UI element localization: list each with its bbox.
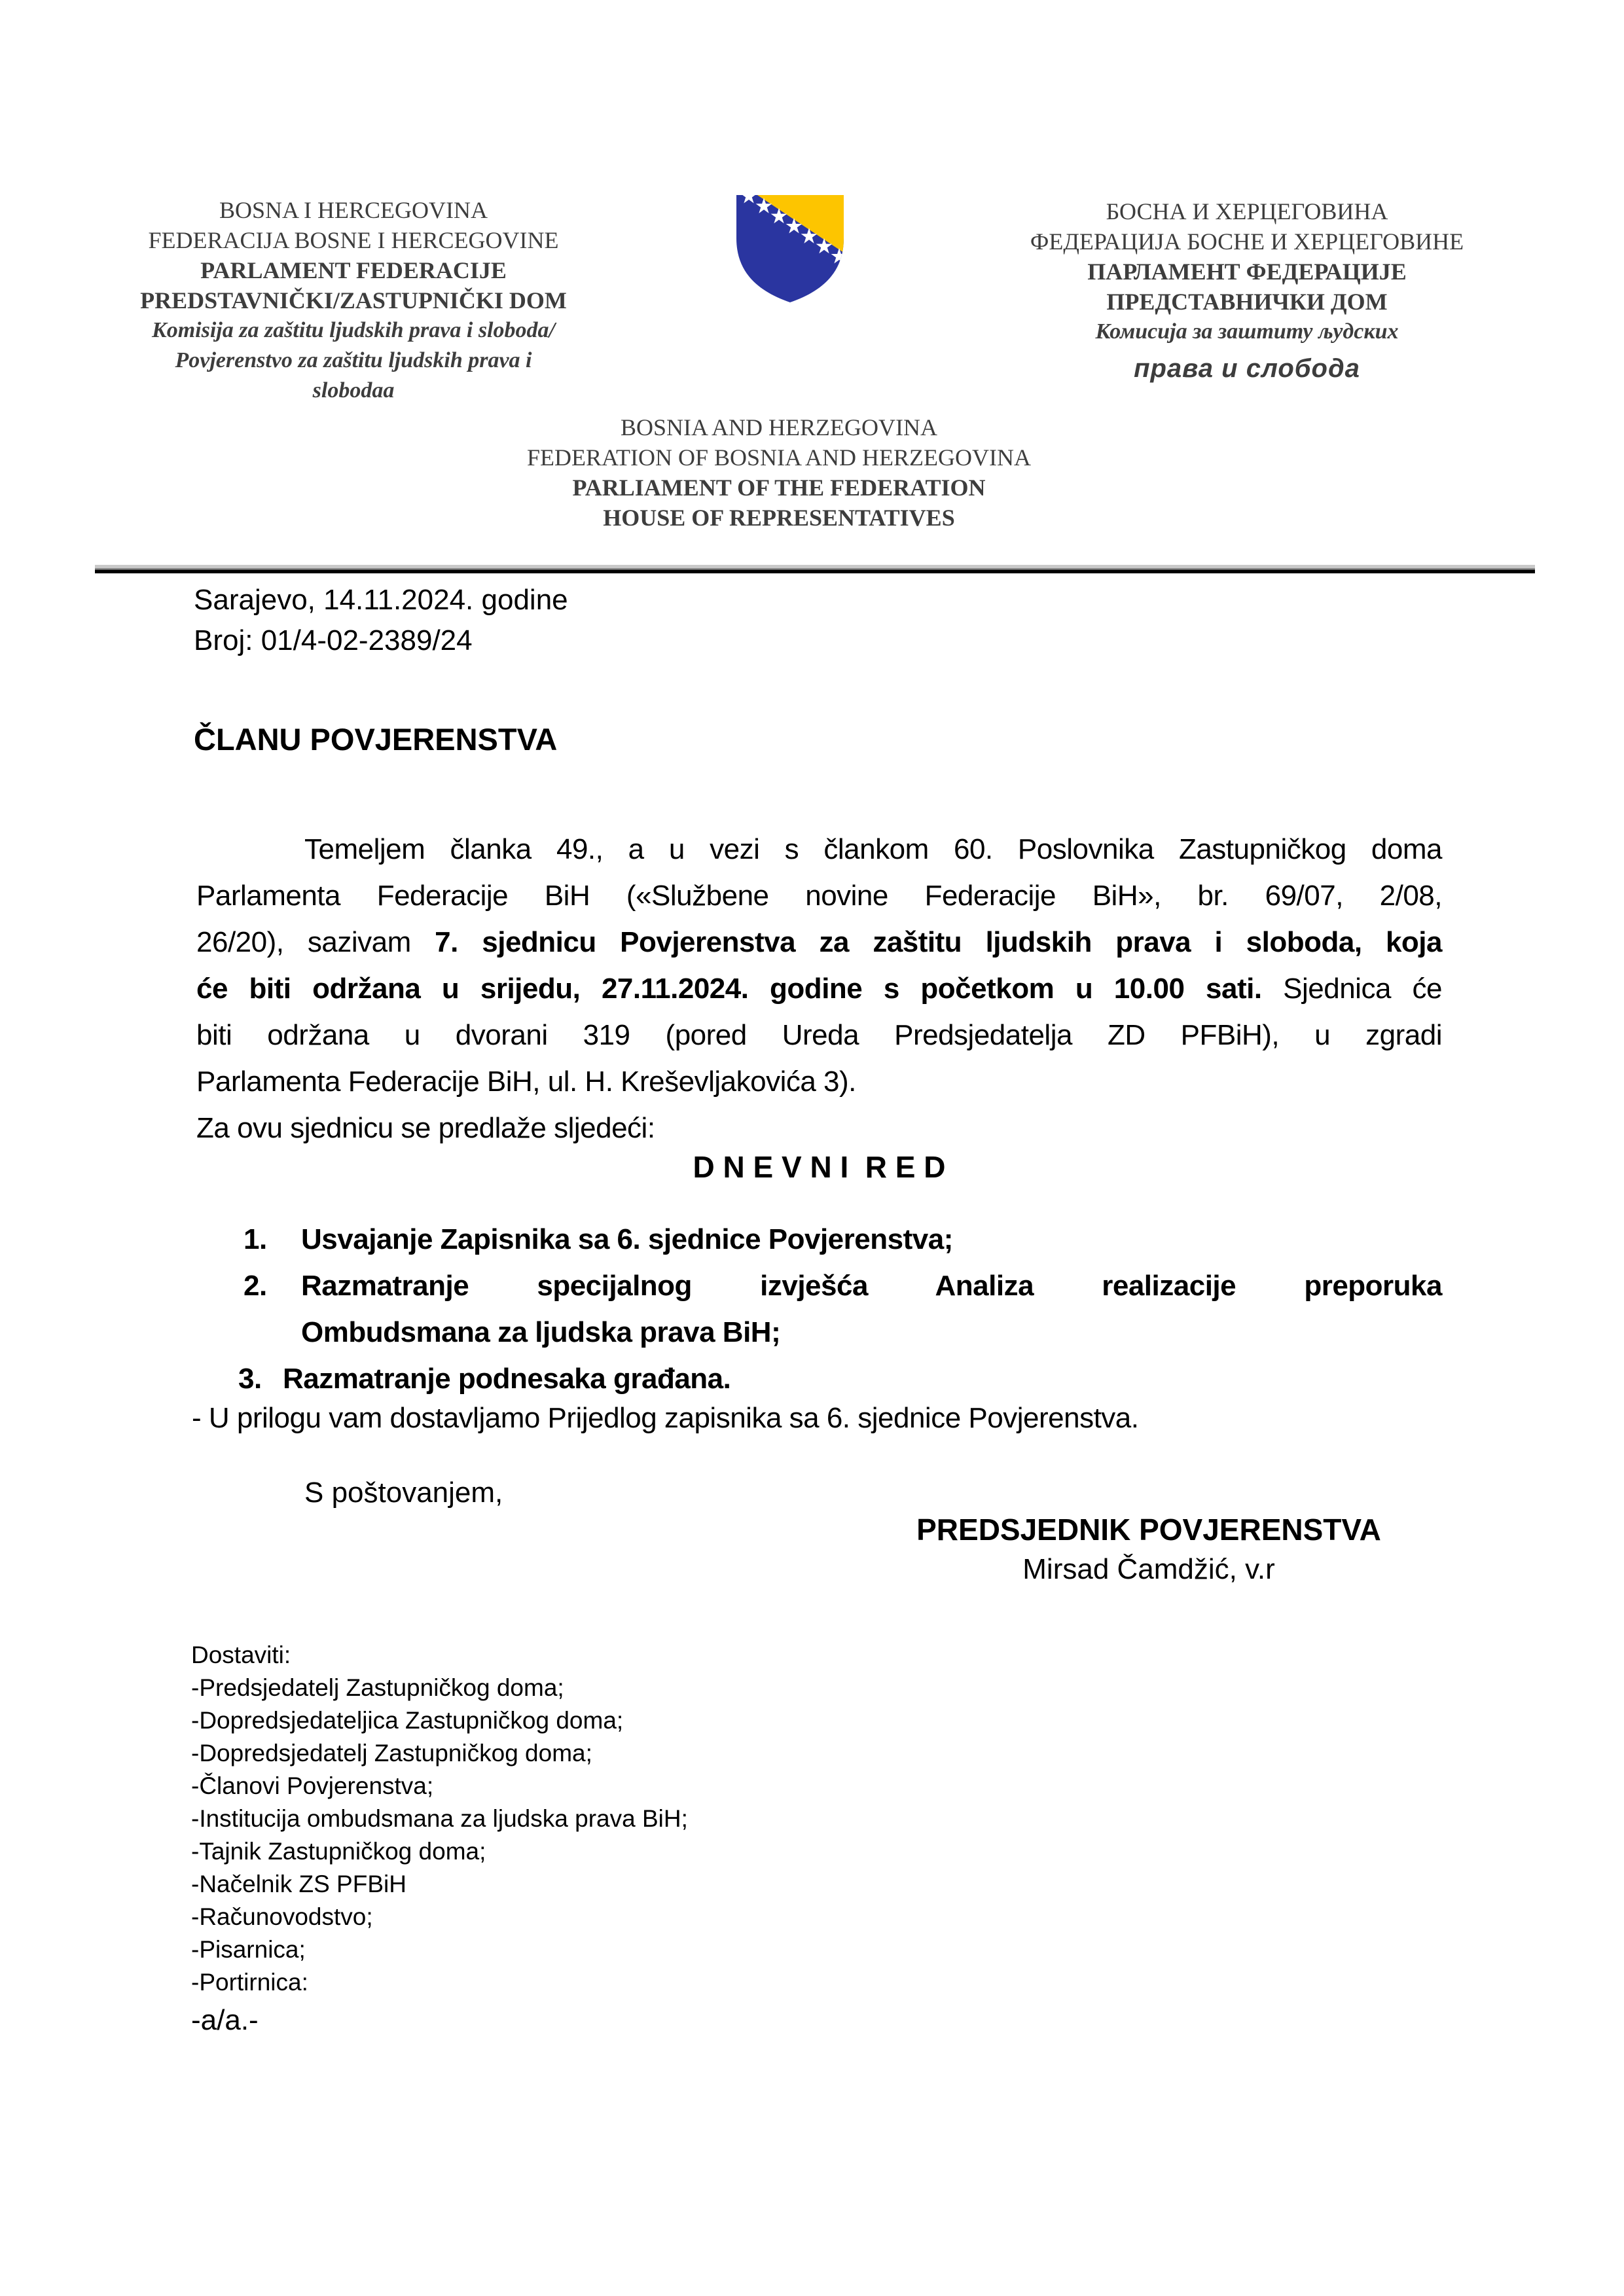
distribution-item: -Tajnik Zastupničkog doma; bbox=[191, 1835, 688, 1868]
body-paragraph: Temeljem članka 49., a u vezi s člankom … bbox=[196, 826, 1442, 1151]
signature-name: Mirsad Čamdžić, v.r bbox=[785, 1550, 1512, 1589]
reference-number-line: Broj: 01/4-02-2389/24 bbox=[194, 620, 568, 661]
text-line: PREDSTAVNIČKI/ZASTUPNIČKI DOM bbox=[124, 285, 583, 315]
agenda-item-text: Usvajanje Zapisnika sa 6. sjednice Povje… bbox=[301, 1216, 1442, 1263]
distribution-item: -Institucija ombudsmana za ljudska prava… bbox=[191, 1803, 688, 1835]
agenda-item-number: 3. bbox=[238, 1355, 262, 1402]
text-line: Parlamenta Federacije BiH («Službene nov… bbox=[196, 872, 1442, 919]
text-line: права и слобода bbox=[1011, 353, 1483, 384]
agenda-item-number: 1. bbox=[244, 1216, 267, 1263]
place-date-line: Sarajevo, 14.11.2024. godine bbox=[194, 580, 568, 620]
text-line: 26/20), sazivam 7. sjednicu Povjerenstva… bbox=[196, 919, 1442, 965]
text-line: FEDERACIJA BOSNE I HERCEGOVINE bbox=[124, 225, 583, 255]
text-line: slobodaa bbox=[124, 376, 583, 406]
agenda-item: 2. Razmatranje specijalnog izvješća Anal… bbox=[196, 1263, 1442, 1355]
text-line: Parlamenta Federacije BiH, ul. H. Krešev… bbox=[196, 1058, 1442, 1105]
agenda-item: 1. Usvajanje Zapisnika sa 6. sjednice Po… bbox=[196, 1216, 1442, 1263]
distribution-item: -Predsjedatelj Zastupničkog doma; bbox=[191, 1672, 688, 1704]
agenda-heading: D N E V N I R E D bbox=[196, 1149, 1442, 1185]
agenda-item-text: Razmatranje podnesaka građana. bbox=[283, 1355, 1442, 1402]
distribution-list: Dostaviti: -Predsjedatelj Zastupničkog d… bbox=[191, 1639, 688, 2038]
attachment-note: - U prilogu vam dostavljamo Prijedlog za… bbox=[192, 1402, 1138, 1435]
distribution-items: -Predsjedatelj Zastupničkog doma;-Dopred… bbox=[191, 1672, 688, 1999]
signature-block: PREDSJEDNIK POVJERENSTVA Mirsad Čamdžić,… bbox=[785, 1509, 1512, 1589]
text-line: FEDERATION OF BOSNIA AND HERZEGOVINA bbox=[419, 442, 1139, 473]
agenda-item: 3. Razmatranje podnesaka građana. bbox=[196, 1355, 1442, 1402]
text-line: BOSNIA AND HERZEGOVINA bbox=[419, 412, 1139, 442]
document-page: BOSNA I HERCEGOVINAFEDERACIJA BOSNE I HE… bbox=[0, 0, 1624, 2296]
text-line: Komisija za zaštitu ljudskih prava i slo… bbox=[124, 315, 583, 346]
distribution-final: -a/a.- bbox=[191, 2003, 688, 2038]
text-line: HOUSE OF REPRESENTATIVES bbox=[419, 503, 1139, 533]
text-line: Temeljem članka 49., a u vezi s člankom … bbox=[196, 826, 1442, 872]
text-line: Za ovu sjednicu se predlaže sljedeći: bbox=[196, 1105, 1442, 1151]
header-left-block: BOSNA I HERCEGOVINAFEDERACIJA BOSNE I HE… bbox=[124, 195, 583, 406]
distribution-item: -Članovi Povjerenstva; bbox=[191, 1770, 688, 1803]
agenda-item-number: 2. bbox=[244, 1263, 267, 1309]
distribution-item: -Računovodstvo; bbox=[191, 1901, 688, 1933]
distribution-item: -Dopredsjedateljica Zastupničkog doma; bbox=[191, 1704, 688, 1737]
text-line: Комисија за заштиту људских bbox=[1011, 317, 1483, 347]
text-line: ПРЕДСТАВНИЧКИ ДОМ bbox=[1011, 287, 1483, 317]
agenda-item-text-line2: Ombudsmana za ljudska prava BiH; bbox=[301, 1309, 1442, 1355]
distribution-item: -Načelnik ZS PFBiH bbox=[191, 1868, 688, 1901]
distribution-item: -Pisarnica; bbox=[191, 1933, 688, 1966]
header-divider bbox=[95, 565, 1535, 573]
header-english-block: BOSNIA AND HERZEGOVINAFEDERATION OF BOSN… bbox=[419, 412, 1139, 533]
text-line: će biti održana u srijedu, 27.11.2024. g… bbox=[196, 965, 1442, 1012]
signature-title: PREDSJEDNIK POVJERENSTVA bbox=[785, 1509, 1512, 1550]
text-line: ПАРЛАМЕНТ ФЕДЕРАЦИЈЕ bbox=[1011, 257, 1483, 287]
text-line: PARLAMENT FEDERACIJE bbox=[124, 255, 583, 285]
distribution-label: Dostaviti: bbox=[191, 1639, 688, 1672]
letter-meta: Sarajevo, 14.11.2024. godine Broj: 01/4-… bbox=[194, 580, 568, 661]
text-line: biti održana u dvorani 319 (pored Ureda … bbox=[196, 1012, 1442, 1058]
closing-salutation: S poštovanjem, bbox=[304, 1477, 503, 1509]
agenda-item-text-line1: Razmatranje specijalnog izvješća Analiza… bbox=[301, 1263, 1442, 1309]
text-line: ФЕДЕРАЦИЈА БОСНЕ И ХЕРЦЕГОВИНЕ bbox=[1011, 226, 1483, 257]
agenda-list: 1. Usvajanje Zapisnika sa 6. sjednice Po… bbox=[196, 1216, 1442, 1402]
header-right-block: БОСНА И ХЕРЦЕГОВИНАФЕДЕРАЦИЈА БОСНЕ И ХЕ… bbox=[1011, 196, 1483, 384]
bih-coat-of-arms-icon bbox=[731, 191, 849, 306]
recipient-heading: ČLANU POVJERENSTVA bbox=[194, 721, 557, 757]
distribution-item: -Dopredsjedatelj Zastupničkog doma; bbox=[191, 1737, 688, 1770]
text-line: PARLIAMENT OF THE FEDERATION bbox=[419, 473, 1139, 503]
distribution-item: -Portirnica: bbox=[191, 1966, 688, 1999]
text-line: BOSNA I HERCEGOVINA bbox=[124, 195, 583, 225]
text-line: Povjerenstvo za zaštitu ljudskih prava i bbox=[124, 346, 583, 376]
text-line: БОСНА И ХЕРЦЕГОВИНА bbox=[1011, 196, 1483, 226]
